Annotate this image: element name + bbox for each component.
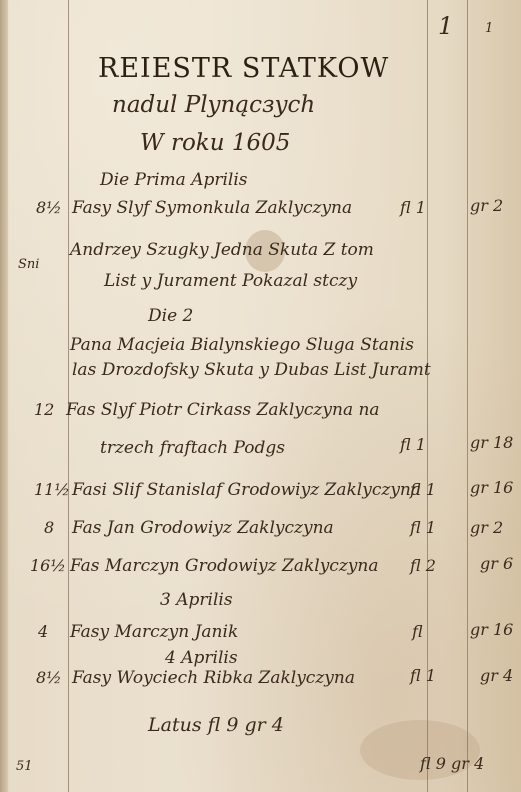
folio-number-right: 1 xyxy=(485,22,493,35)
entry-groszy: gr 6 xyxy=(480,556,513,572)
entry-text: Fasy Slyf Symonkula Zaklyczyna xyxy=(72,200,352,217)
entry-quantity: 12 xyxy=(34,402,54,418)
entry-florins: fl 1 xyxy=(400,200,426,216)
entry-quantity: 8 xyxy=(44,520,54,536)
entry-florins: fl xyxy=(412,624,423,640)
year-line: W roku 1605 xyxy=(140,132,290,155)
entry-groszy: gr 16 xyxy=(470,622,513,638)
entry-florins: fl 1 xyxy=(410,668,436,684)
note-line: las Drozdofsky Skuta y Dubas List Juramt xyxy=(72,362,431,379)
entry-quantity: 8½ xyxy=(36,200,62,216)
entry-groszy: gr 2 xyxy=(470,198,503,214)
entry-florins: fl 1 xyxy=(410,482,436,498)
entry-florins: fl 1 xyxy=(400,437,426,453)
entry-groszy: gr 4 xyxy=(480,668,513,684)
entry-florins: fl 2 xyxy=(410,558,436,574)
date-heading: Die Prima Aprilis xyxy=(100,172,248,189)
entry-text: Fas Marczyn Grodowiyz Zaklyczyna xyxy=(70,558,378,575)
page-subtitle: nadul Plynącзych xyxy=(112,94,315,117)
note-line: List y Jurament Pokazal stczy xyxy=(104,273,357,290)
latus-subtotal: Latus fl 9 gr 4 xyxy=(148,716,284,735)
entry-groszy: gr 16 xyxy=(470,480,513,496)
column-rule-groszy xyxy=(467,0,468,792)
entry-groszy: gr 2 xyxy=(470,520,503,536)
page-title: REIESTR STATKOW xyxy=(98,55,389,82)
binding-gutter xyxy=(0,0,8,792)
entry-quantity: 11½ xyxy=(34,482,70,498)
entry-quantity: 4 xyxy=(38,624,48,640)
margin-note: Sni xyxy=(18,258,39,271)
entry-groszy: gr 18 xyxy=(470,435,513,451)
folio-number: 1 xyxy=(438,14,453,38)
note-line: Andrzey Szugky Jedna Skuta Z tom xyxy=(70,242,374,259)
date-heading: 3 Aprilis xyxy=(160,592,233,609)
manuscript-page: 1 1 REIESTR STATKOW nadul Plynącзych W r… xyxy=(0,0,521,792)
date-heading: Die 2 xyxy=(148,308,193,325)
entry-quantity: 16½ xyxy=(30,558,66,574)
entry-text: Fasi Slif Stanislaf Grodowiyz Zaklyczyna xyxy=(72,482,421,499)
footer-left-total: 51 xyxy=(16,760,33,773)
footer-right-total: fl 9 gr 4 xyxy=(420,756,484,772)
entry-text: Fas Slyf Piotr Cirkass Zaklyczyna na xyxy=(66,402,380,419)
margin-rule-left xyxy=(68,0,69,792)
entry-text: Fasy Woyciech Ribka Zaklyczyna xyxy=(72,670,355,687)
entry-quantity: 8½ xyxy=(36,670,62,686)
note-line: Pana Macjeia Bialynskiego Sluga Stanis xyxy=(70,337,414,354)
date-heading: 4 Aprilis xyxy=(165,650,238,667)
entry-text: Fasy Marczyn Janik xyxy=(70,624,238,641)
entry-text-continued: trzech fraftach Podgs xyxy=(100,440,285,457)
entry-text: Fas Jan Grodowiyz Zaklyczyna xyxy=(72,520,334,537)
entry-florins: fl 1 xyxy=(410,520,436,536)
